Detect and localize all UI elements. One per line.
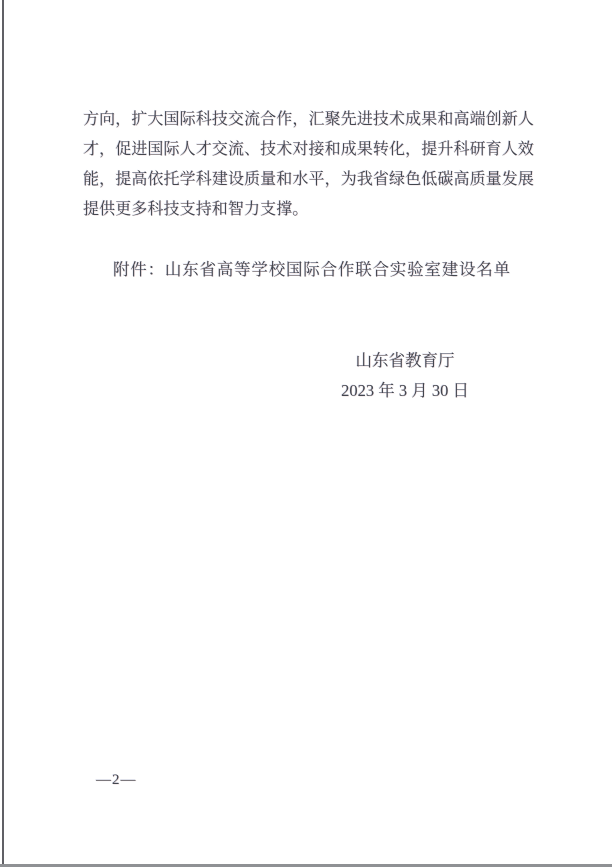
paragraph-line: 才，促进国际人才交流、技术对接和成果转化，提升科研育人效 (83, 135, 534, 165)
signing-agency: 山东省教育厅 (334, 346, 476, 376)
paragraph-line: 能，提高依托学科建设质量和水平，为我省绿色低碳高质量发展 (83, 165, 534, 195)
scan-left-edge-line (2, 0, 4, 867)
signing-date: 2023 年 3 月 30 日 (334, 376, 476, 406)
signature-block: 山东省教育厅 2023 年 3 月 30 日 (334, 346, 476, 406)
page-number: —2— (96, 766, 137, 794)
paragraph-line: 提供更多科技支持和智力支撑。 (83, 195, 534, 225)
scanned-document-page: 方向，扩大国际科技交流合作，汇聚先进技术成果和高端创新人 才，促进国际人才交流、… (0, 0, 612, 867)
attachment-line: 附件：山东省高等学校国际合作联合实验室建设名单 (113, 255, 573, 285)
body-paragraph: 方向，扩大国际科技交流合作，汇聚先进技术成果和高端创新人 才，促进国际人才交流、… (83, 105, 534, 225)
paragraph-line: 方向，扩大国际科技交流合作，汇聚先进技术成果和高端创新人 (83, 105, 534, 135)
